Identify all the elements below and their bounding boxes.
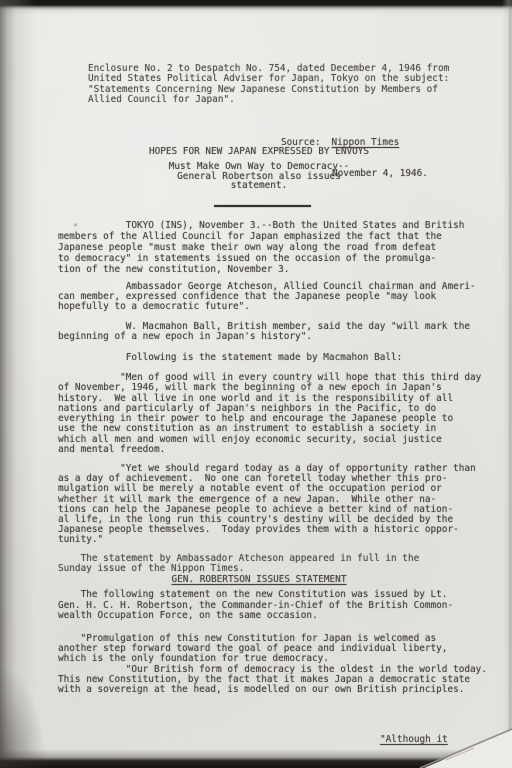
catchword: "Although it [380, 735, 448, 745]
paragraph-atcheson-note: The statement by Ambassador Atcheson app… [58, 554, 419, 574]
scan-edge-bottom [0, 749, 512, 768]
subheadline: Must Make Own Way to Democracy-- General… [58, 162, 460, 191]
scan-corner-shadow [0, 668, 46, 768]
enclosure-note: Enclosure No. 2 to Despatch No. 754, dat… [88, 64, 449, 106]
paragraph-atcheson: Ambassador George Atcheson, Allied Counc… [58, 282, 476, 312]
paragraph-statement-intro: Following is the statement made by Macma… [58, 353, 402, 363]
catchword-text: "Although it [380, 734, 448, 745]
paragraph-ball: W. Macmahon Ball, British member, said t… [58, 322, 470, 342]
paragraph-ball-statement-2: "Yet we should regard today as a day of … [58, 464, 476, 546]
paragraph-robertson-statement-2: "Our British form of democracy is the ol… [58, 665, 487, 695]
paragraph-ball-statement-1: "Men of good will in every country will … [58, 373, 481, 455]
scanned-document-page: Enclosure No. 2 to Despatch No. 754, dat… [0, 0, 512, 768]
paragraph-dateline: TOKYO (INS), November 3.--Both the Unite… [58, 220, 464, 275]
headline: HOPES FOR NEW JAPAN EXPRESSED BY ENVOYS [58, 147, 460, 157]
paragraph-robertson-statement-1: "Promulgation of this new Constitution f… [58, 634, 447, 664]
divider-rule [214, 205, 311, 207]
section-heading-text: GEN. ROBERTSON ISSUES STATEMENT [172, 574, 347, 585]
paragraph-robertson-intro: The following statement on the new Const… [58, 590, 453, 622]
scan-edge-top [0, 0, 512, 15]
scan-edge-left [0, 0, 36, 768]
section-heading: GEN. ROBERTSON ISSUES STATEMENT [58, 575, 460, 585]
scan-edge-right [502, 0, 512, 768]
